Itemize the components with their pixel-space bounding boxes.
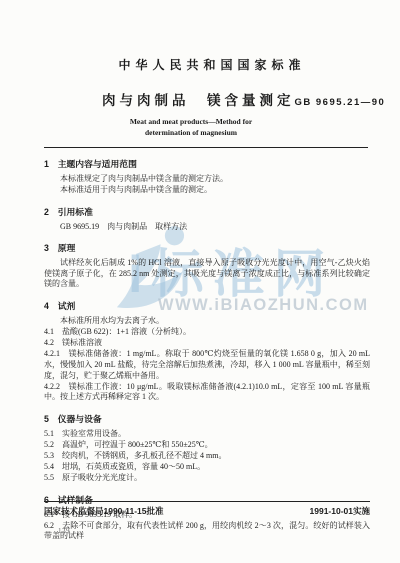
english-subtitle-line2: determination of magnesium	[28, 127, 354, 138]
paragraph: 4.2 镁标准溶液	[44, 338, 370, 349]
standard-document-page: i标准网 WWW.iBIAOZHUN.COM 中华人民共和国国家标准 肉与肉制品…	[0, 0, 400, 563]
paragraph: 5.2 高温炉，可控温于 800±25℃和 550±25℃。	[44, 440, 370, 451]
section-scope: 1 主题内容与适用范围 本标准规定了肉与肉制品中镁含量的测定方法。 本标准适用于…	[44, 157, 370, 196]
title-row: 肉与肉制品 镁含量测定 GB 9695.21—90	[44, 89, 370, 109]
paragraph: 5.5 原子吸收分光光度计。	[44, 473, 370, 484]
section-heading: 5 仪器与设备	[44, 412, 370, 425]
paragraph: 4.2.1 镁标准储备液：1 mg/mL。称取于 800℃灼烧至恒量的氧化镁 1…	[44, 349, 370, 381]
section-reagents: 4 试剂 本标准所用水均为去离子水。 4.1 盐酸(GB 622)：1+1 溶液…	[44, 299, 370, 403]
section-heading: 4 试剂	[44, 299, 370, 312]
paragraph: 5.1 实验室常用设备。	[44, 429, 370, 440]
paragraph: 4.1 盐酸(GB 622)：1+1 溶液（分析纯）。	[44, 327, 370, 338]
paragraph: 4.2.2 镁标准工作液：10 μg/mL。吸取镁标准储备液(4.2.1)10.…	[44, 382, 370, 403]
national-standard-title: 中华人民共和国国家标准	[54, 56, 370, 73]
document-title: 肉与肉制品 镁含量测定	[102, 89, 295, 109]
paragraph: 5.3 绞肉机，不锈钢质，多孔板孔径不超过 4 mm。	[44, 451, 370, 462]
paragraph: 试样经灰化后制成 1%的 HCl 溶液，直接导入原子吸收分光光度计中，用空气-乙…	[44, 258, 370, 290]
section-heading: 3 原理	[44, 241, 370, 254]
paragraph: 6.2 去除不可食部分，取有代表性试样 200 g，用绞肉机绞 2～3 次，混匀…	[44, 521, 370, 542]
standard-number: GB 9695.21—90	[295, 97, 386, 108]
section-heading: 2 引用标准	[44, 205, 370, 218]
section-principle: 3 原理 试样经灰化后制成 1%的 HCl 溶液，直接导入原子吸收分光光度计中，…	[44, 241, 370, 290]
section-references: 2 引用标准 GB 9695.19 肉与肉制品 取样方法	[44, 205, 370, 233]
document-content: 中华人民共和国国家标准 肉与肉制品 镁含量测定 GB 9695.21—90 Me…	[0, 0, 400, 542]
paragraph: 本标准所用水均为去离子水。	[44, 316, 370, 327]
paragraph: 5.4 坩埚，石英质或瓷质，容量 40～50 mL。	[44, 462, 370, 473]
header-rule	[44, 147, 368, 148]
paragraph: GB 9695.19 肉与肉制品 取样方法	[44, 222, 370, 233]
implementation-text: 1991-10-01实施	[310, 505, 370, 517]
paragraph: 本标准适用于肉与肉制品中镁含量的测定。	[44, 185, 370, 196]
section-heading: 1 主题内容与适用范围	[44, 157, 370, 170]
english-subtitle-line1: Meat and meat products—Method for	[28, 116, 354, 127]
approval-text: 国家技术监督局1990-11-15批准	[44, 505, 164, 517]
section-apparatus: 5 仪器与设备 5.1 实验室常用设备。 5.2 高温炉，可控温于 800±25…	[44, 412, 370, 484]
footer: 国家技术监督局1990-11-15批准 1991-10-01实施	[44, 501, 370, 517]
paragraph: 本标准规定了肉与肉制品中镁含量的测定方法。	[44, 174, 370, 185]
page-number: 129	[58, 527, 70, 535]
